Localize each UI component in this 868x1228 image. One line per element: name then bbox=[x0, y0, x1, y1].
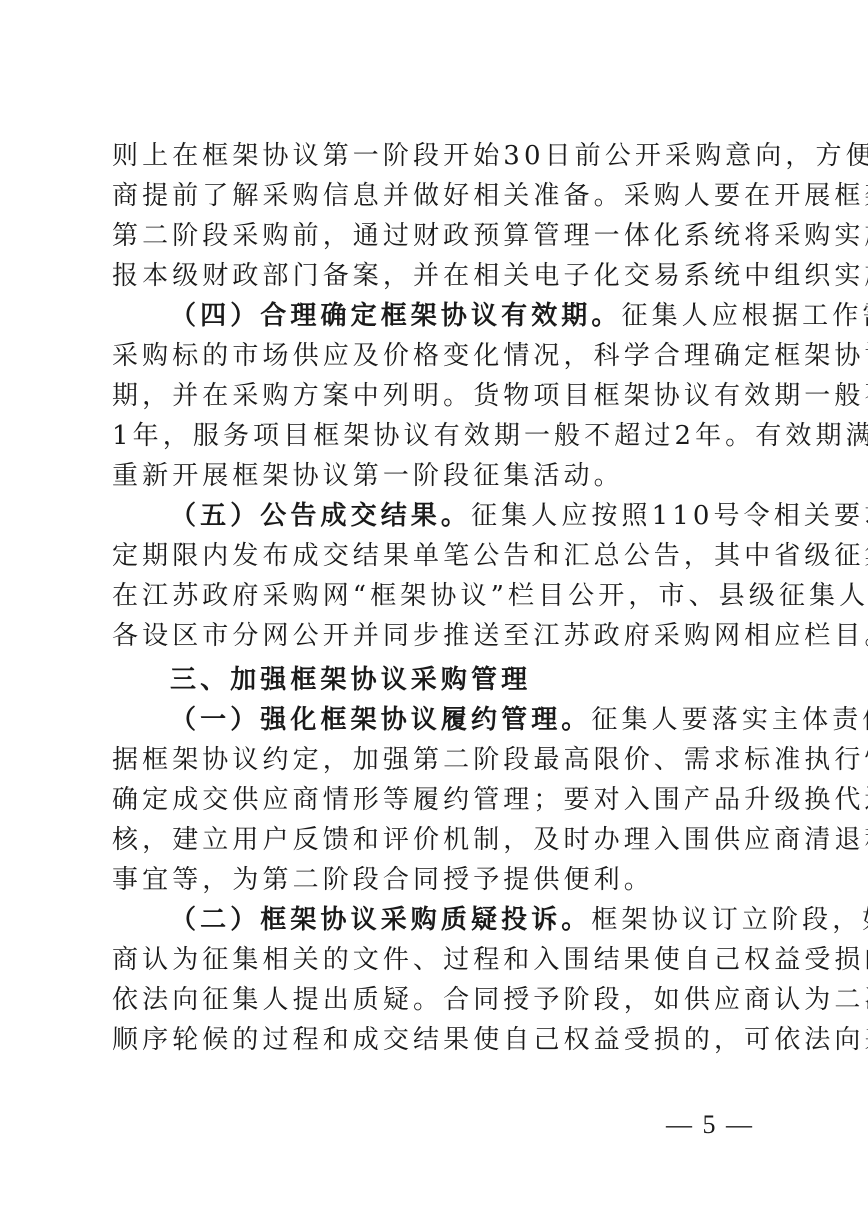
text-line: 报本级财政部门备案，并在相关电子化交易系统中组织实施。 bbox=[112, 256, 756, 296]
paragraph-first-line: （五）公告成交结果。征集人应按照110号令相关要求在规 bbox=[112, 496, 756, 536]
body-text: 则上在框架协议第一阶段开始30日前公开采购意向，方便供应 商提前了解采购信息并做… bbox=[112, 136, 756, 1060]
text-line: 据框架协议约定，加强第二阶段最高限价、需求标准执行情况和 bbox=[112, 740, 756, 780]
text-line: 在江苏政府采购网“框架协议”栏目公开，市、县级征集人应在 bbox=[112, 576, 756, 616]
paragraph-4: （四）合理确定框架协议有效期。征集人应根据工作需要和 采购标的市场供应及价格变化… bbox=[112, 296, 756, 496]
text-line: 商提前了解采购信息并做好相关准备。采购人要在开展框架协议 bbox=[112, 176, 756, 216]
paragraph-first-line: （四）合理确定框架协议有效期。征集人应根据工作需要和 bbox=[112, 296, 756, 336]
paragraph-first-line: （一）强化框架协议履约管理。征集人要落实主体责任，根 bbox=[112, 700, 756, 740]
paragraph-lead-title: （四）合理确定框架协议有效期。 bbox=[170, 301, 622, 331]
text-line: 确定成交供应商情形等履约管理；要对入围产品升级换代进行审 bbox=[112, 780, 756, 820]
text-line: 重新开展框架协议第一阶段征集活动。 bbox=[112, 456, 756, 496]
paragraph-3-1: （一）强化框架协议履约管理。征集人要落实主体责任，根 据框架协议约定，加强第二阶… bbox=[112, 700, 756, 900]
paragraph-lead-title: （五）公告成交结果。 bbox=[170, 501, 471, 531]
text-line: 顺序轮候的过程和成交结果使自己权益受损的，可依法向采购 bbox=[112, 1020, 756, 1060]
section-heading: 三、加强框架协议采购管理 bbox=[112, 660, 756, 700]
text-line: 定期限内发布成交结果单笔公告和汇总公告，其中省级征集人应 bbox=[112, 536, 756, 576]
paragraph-lead-text: 征集人要落实主体责任，根 bbox=[591, 705, 868, 735]
text-line: 第二阶段采购前，通过财政预算管理一体化系统将采购实施计划 bbox=[112, 216, 756, 256]
text-line: 依法向征集人提出质疑。合同授予阶段，如供应商认为二次竞价、 bbox=[112, 980, 756, 1020]
paragraph-continued: 则上在框架协议第一阶段开始30日前公开采购意向，方便供应 商提前了解采购信息并做… bbox=[112, 136, 756, 296]
text-line: 采购标的市场供应及价格变化情况，科学合理确定框架协议有效 bbox=[112, 336, 756, 376]
paragraph-lead-text: 征集人应根据工作需要和 bbox=[622, 301, 868, 331]
paragraph-lead-title: （二）框架协议采购质疑投诉。 bbox=[170, 905, 591, 935]
page-number: — 5 — bbox=[666, 1110, 754, 1140]
text-line: 则上在框架协议第一阶段开始30日前公开采购意向，方便供应 bbox=[112, 136, 756, 176]
text-line: 1年，服务项目框架协议有效期一般不超过2年。有效期满后需 bbox=[112, 416, 756, 456]
paragraph-lead-text: 征集人应按照110号令相关要求在规 bbox=[471, 501, 868, 531]
text-line: 事宜等，为第二阶段合同授予提供便利。 bbox=[112, 860, 756, 900]
text-line: 各设区市分网公开并同步推送至江苏政府采购网相应栏目。 bbox=[112, 616, 756, 656]
document-page: 则上在框架协议第一阶段开始30日前公开采购意向，方便供应 商提前了解采购信息并做… bbox=[0, 0, 868, 1228]
paragraph-5: （五）公告成交结果。征集人应按照110号令相关要求在规 定期限内发布成交结果单笔… bbox=[112, 496, 756, 656]
text-line: 商认为征集相关的文件、过程和入围结果使自己权益受损的，可 bbox=[112, 940, 756, 980]
paragraph-lead-title: （一）强化框架协议履约管理。 bbox=[170, 705, 591, 735]
paragraph-lead-text: 框架协议订立阶段，如供应 bbox=[591, 905, 868, 935]
paragraph-3-2: （二）框架协议采购质疑投诉。框架协议订立阶段，如供应 商认为征集相关的文件、过程… bbox=[112, 900, 756, 1060]
text-line: 核，建立用户反馈和评价机制，及时办理入围供应商清退和补充 bbox=[112, 820, 756, 860]
paragraph-first-line: （二）框架协议采购质疑投诉。框架协议订立阶段，如供应 bbox=[112, 900, 756, 940]
text-line: 期，并在采购方案中列明。货物项目框架协议有效期一般不超过 bbox=[112, 376, 756, 416]
